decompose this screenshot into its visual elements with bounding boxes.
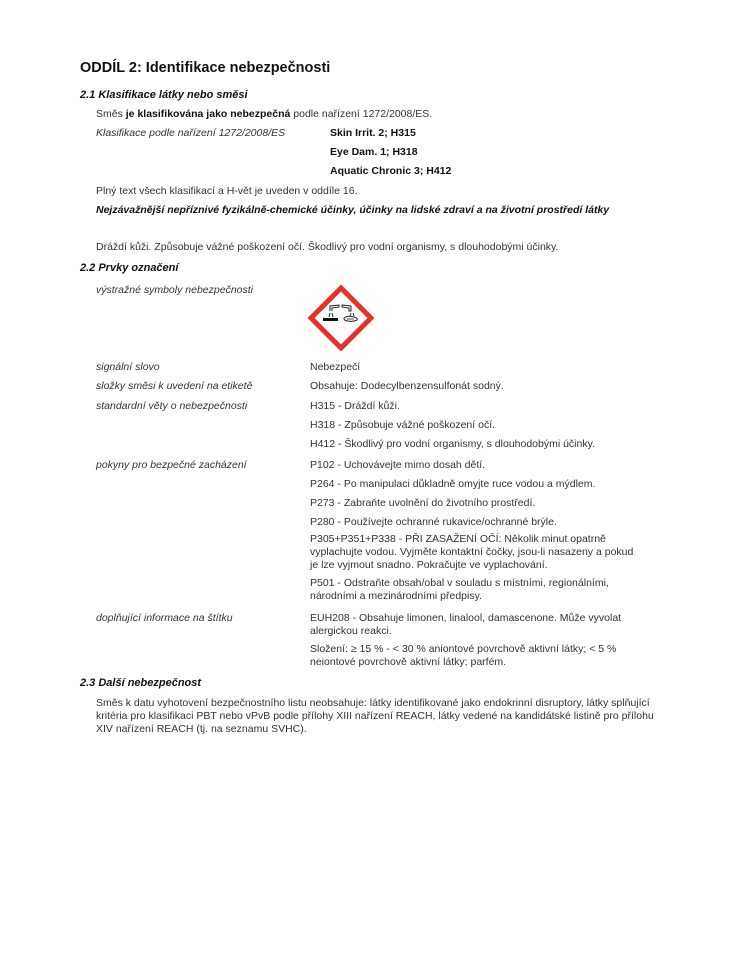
intro-bold: je klasifikována jako nebezpečná — [126, 108, 291, 120]
precaution-statement: P501 - Odstraňte obsah/obal v souladu s … — [310, 577, 640, 603]
hazard-statements-label: standardní věty o nebezpečnosti — [96, 400, 247, 412]
ghs05-corrosion-icon — [308, 285, 374, 351]
signal-word-value: Nebezpečí — [310, 361, 360, 373]
precaution-statement: P102 - Uchovávejte mimo dosah dětí. — [310, 459, 485, 471]
hazard-statement: H412 - Škodlivý pro vodní organismy, s d… — [310, 438, 595, 450]
subsection-2-3-heading: 2.3 Další nebezpečnost — [80, 677, 201, 689]
precaution-statements-label: pokyny pro bezpečné zacházení — [96, 459, 247, 471]
supplementary-info: EUH208 - Obsahuje limonen, linalool, dam… — [310, 612, 640, 638]
components-label: složky směsi k uvedení na etiketě — [96, 380, 252, 392]
pictogram-label: výstražné symboly nebezpečnosti — [96, 284, 253, 296]
intro-pre: Směs — [96, 108, 126, 120]
classification-item: Eye Dam. 1; H318 — [330, 146, 418, 158]
document-page: ODDÍL 2: Identifikace nebezpečnosti 2.1 … — [0, 0, 740, 958]
section-title: ODDÍL 2: Identifikace nebezpečnosti — [80, 60, 330, 76]
classification-label: Klasifikace podle nařízení 1272/2008/ES — [96, 127, 285, 139]
effects-text: Dráždí kůži. Způsobuje vážné poškození o… — [96, 241, 558, 253]
subsection-2-2-heading: 2.2 Prvky označení — [80, 262, 178, 274]
precaution-statement: P280 - Používejte ochranné rukavice/ochr… — [310, 516, 557, 528]
classification-item: Aquatic Chronic 3; H412 — [330, 165, 451, 177]
fulltext-note: Plný text všech klasifikací a H-vět je u… — [96, 185, 357, 197]
precaution-statement: P305+P351+P338 - PŘI ZASAŽENÍ OČÍ: Někol… — [310, 533, 640, 572]
precaution-statement: P264 - Po manipulaci důkladně omyjte ruc… — [310, 478, 595, 490]
other-hazards-text: Směs k datu vyhotovení bezpečnostního li… — [96, 697, 661, 736]
supplementary-label: doplňující informace na štítku — [96, 612, 233, 624]
components-value: Obsahuje: Dodecylbenzensulfonát sodný. — [310, 380, 504, 392]
subsection-2-1-heading: 2.1 Klasifikace látky nebo směsi — [80, 89, 248, 101]
hazard-statement: H318 - Způsobuje vážné poškození očí. — [310, 419, 495, 431]
intro-post: podle nařízení 1272/2008/ES. — [290, 108, 432, 120]
hazard-statement: H315 - Dráždí kůži. — [310, 400, 400, 412]
signal-word-label: signální slovo — [96, 361, 160, 373]
effects-heading: Nejzávažnější nepříznivé fyzikálně-chemi… — [96, 204, 676, 217]
supplementary-info: Složení: ≥ 15 % - < 30 % aniontové povrc… — [310, 643, 650, 669]
classification-intro: Směs je klasifikována jako nebezpečná po… — [96, 108, 432, 120]
precaution-statement: P273 - Zabraňte uvolnění do životního pr… — [310, 497, 535, 509]
classification-item: Skin Irrit. 2; H315 — [330, 127, 416, 139]
